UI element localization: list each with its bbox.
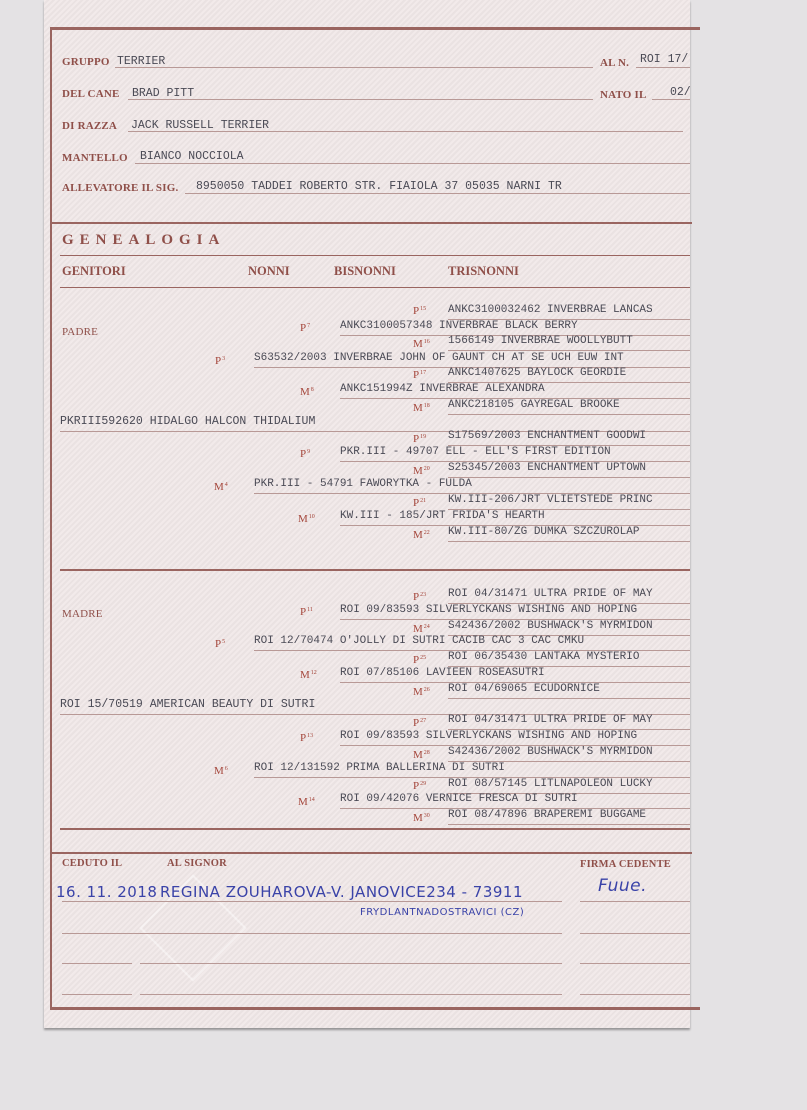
nonna-m6: ROI 12/131592 PRIMA BALLERINA DI SUTRI	[254, 762, 690, 778]
transfer-recipient: REGINA ZOUHAROVA-V. JANOVICE234 - 73911	[160, 883, 523, 901]
marker-p21: P21	[413, 497, 426, 509]
registration-number: ROI 17/	[640, 53, 690, 66]
trisnonna-m28: S42436/2002 BUSHWACK'S MYRMIDON	[448, 746, 690, 762]
col-trisnonni: TRISNONNI	[448, 264, 519, 279]
trisnonna-m24: S42436/2002 BUSHWACK'S MYRMIDON	[448, 620, 690, 636]
al-n-label: AL N.	[600, 57, 629, 69]
signature-line-3	[580, 963, 690, 964]
marker-m28: M28	[413, 749, 430, 761]
trisnonna-m26: ROI 04/69065 ECUDORNICE	[448, 683, 690, 699]
padre-label: PADRE	[62, 326, 98, 338]
transfer-line-1	[62, 901, 562, 902]
marker-p17: P17	[413, 369, 426, 381]
marker-m22: M22	[413, 529, 430, 541]
section-divider	[52, 222, 692, 224]
marker-m10: M10	[298, 513, 315, 525]
trisnonna-m18: ANKC218105 GAYREGAL BROOKE	[448, 399, 690, 415]
transfer-line-2	[62, 933, 562, 934]
marker-m12: M12	[300, 669, 317, 681]
al-signor-label: AL SIGNOR	[167, 858, 227, 869]
nonno-p3: S63532/2003 INVERBRAE JOHN OF GAUNT CH A…	[254, 352, 690, 368]
del-cane-label: DEL CANE	[62, 88, 120, 100]
marker-m24: M24	[413, 623, 430, 635]
marker-m6: M6	[214, 765, 228, 777]
bisnonna-m14: ROI 09/42076 VERNICE FRESCA DI SUTRI	[340, 793, 690, 809]
bisnonna-m10: KW.III - 185/JRT FRIDA'S HEARTH	[340, 510, 690, 526]
mantello-label: MANTELLO	[62, 152, 128, 164]
marker-p3: P3	[215, 355, 225, 367]
genealogy-title: GENEALOGIA	[62, 232, 225, 249]
trisnonno-m16: 1566149 INVERBRAE WOOLLYBUTT	[448, 335, 690, 351]
trisnonno-p25: ROI 06/35430 LANTAKA MYSTERIO	[448, 651, 690, 667]
genealogy-bottom-rule	[60, 828, 690, 830]
del-cane-line	[128, 99, 593, 100]
marker-p7: P7	[300, 322, 310, 334]
trisnonna-m20: S25345/2003 ENCHANTMENT UPTOWN	[448, 462, 690, 478]
padre-madre-divider	[60, 569, 690, 571]
transfer-recipient-city: FRYDLANTNADOSTRAVICI (CZ)	[360, 907, 524, 918]
marker-m30: M30	[413, 812, 430, 824]
marker-p5: P5	[215, 638, 225, 650]
ceduto-il-label: CEDUTO IL	[62, 858, 122, 869]
marker-p27: P27	[413, 717, 426, 729]
birth-date: 02/	[670, 86, 690, 99]
transfer-line-4	[140, 994, 562, 995]
bisnonna-m8: ANKC151994Z INVERBRAE ALEXANDRA	[340, 383, 690, 399]
marker-m20: M20	[413, 465, 430, 477]
marker-m16: M16	[413, 338, 430, 350]
col-bisnonni: BISNONNI	[334, 264, 396, 279]
madre-label: MADRE	[62, 608, 103, 620]
allevatore-line	[185, 193, 690, 194]
trisnonno-p23: ROI 04/31471 ULTRA PRIDE OF MAY	[448, 588, 690, 604]
transfer-date: 16. 11. 2018	[56, 883, 157, 901]
bisnonna-m12: ROI 07/85106 LAVIEEN ROSEASUTRI	[340, 667, 690, 683]
marker-p29: P29	[413, 780, 426, 792]
nonno-p5: ROI 12/70474 O'JOLLY DI SUTRI CACIB CAC …	[254, 635, 690, 651]
bisnonno-p9: PKR.III - 49707 ELL - ELL'S FIRST EDITIO…	[340, 446, 690, 462]
marker-p15: P15	[413, 305, 426, 317]
marker-p23: P23	[413, 591, 426, 603]
marker-m4: M4	[214, 481, 228, 493]
transfer-line-3	[140, 963, 562, 964]
al-n-line	[636, 67, 690, 68]
di-razza-label: DI RAZZA	[62, 120, 117, 132]
marker-p19: P19	[413, 433, 426, 445]
marker-p13: P13	[300, 732, 313, 744]
nonna-m4: PKR.III - 54791 FAWORYTKA - FULDA	[254, 478, 690, 494]
marker-m8: M8	[300, 386, 314, 398]
bisnonno-p7: ANKC3100057348 INVERBRAE BLACK BERRY	[340, 320, 690, 336]
gruppo-label: GRUPPO	[62, 56, 110, 68]
gruppo-line	[115, 67, 593, 68]
firma-cedente-label: FIRMA CEDENTE	[580, 859, 671, 870]
mantello-line	[135, 163, 690, 164]
nato-il-line	[652, 99, 690, 100]
columns-rule	[60, 287, 690, 288]
signature-line-2	[580, 933, 690, 934]
trisnonno-p21: KW.III-206/JRT VLIETSTEDE PRINC	[448, 494, 690, 510]
col-nonni: NONNI	[248, 264, 290, 279]
transfer-divider	[52, 852, 692, 854]
trisnonno-p19: S17569/2003 ENCHANTMENT GOODWI	[448, 430, 690, 446]
trisnonno-p15: ANKC3100032462 INVERBRAE LANCAS	[448, 304, 690, 320]
coat-color: BIANCO NOCCIOLA	[140, 150, 244, 163]
genealogy-title-rule	[60, 255, 690, 256]
marker-p25: P25	[413, 654, 426, 666]
marker-m18: M18	[413, 402, 430, 414]
bisnonno-p11: ROI 09/83593 SILVERLYCKANS WISHING AND H…	[340, 604, 690, 620]
breeder: 8950050 TADDEI ROBERTO STR. FIAIOLA 37 0…	[196, 180, 562, 193]
trisnonna-m30: ROI 08/47896 BRAPEREMI BUGGAME	[448, 809, 690, 825]
allevatore-label: ALLEVATORE IL SIG.	[62, 182, 178, 194]
date-line-3	[62, 963, 132, 964]
marker-p11: P11	[300, 606, 313, 618]
transferor-signature: Fuue.	[598, 876, 647, 896]
marker-p9: P9	[300, 448, 310, 460]
marker-m26: M26	[413, 686, 430, 698]
nato-il-label: NATO IL	[600, 89, 647, 101]
col-genitori: GENITORI	[62, 264, 126, 279]
trisnonno-p29: ROI 08/57145 LITLNAPOLEON LUCKY	[448, 778, 690, 794]
date-line-4	[62, 994, 132, 995]
signature-line-4	[580, 994, 690, 995]
trisnonno-p17: ANKC1407625 BAYLOCK GEORDIE	[448, 367, 690, 383]
signature-line-1	[580, 901, 690, 902]
mother-name: ROI 15/70519 AMERICAN BEAUTY DI SUTRI	[60, 698, 690, 715]
di-razza-line	[128, 131, 683, 132]
trisnonna-m22: KW.III-80/ZG DUMKA SZCZUROLAP	[448, 526, 690, 542]
marker-m14: M14	[298, 796, 315, 808]
trisnonno-p27: ROI 04/31471 ULTRA PRIDE OF MAY	[448, 714, 690, 730]
bisnonno-p13: ROI 09/83593 SILVERLYCKANS WISHING AND H…	[340, 730, 690, 746]
